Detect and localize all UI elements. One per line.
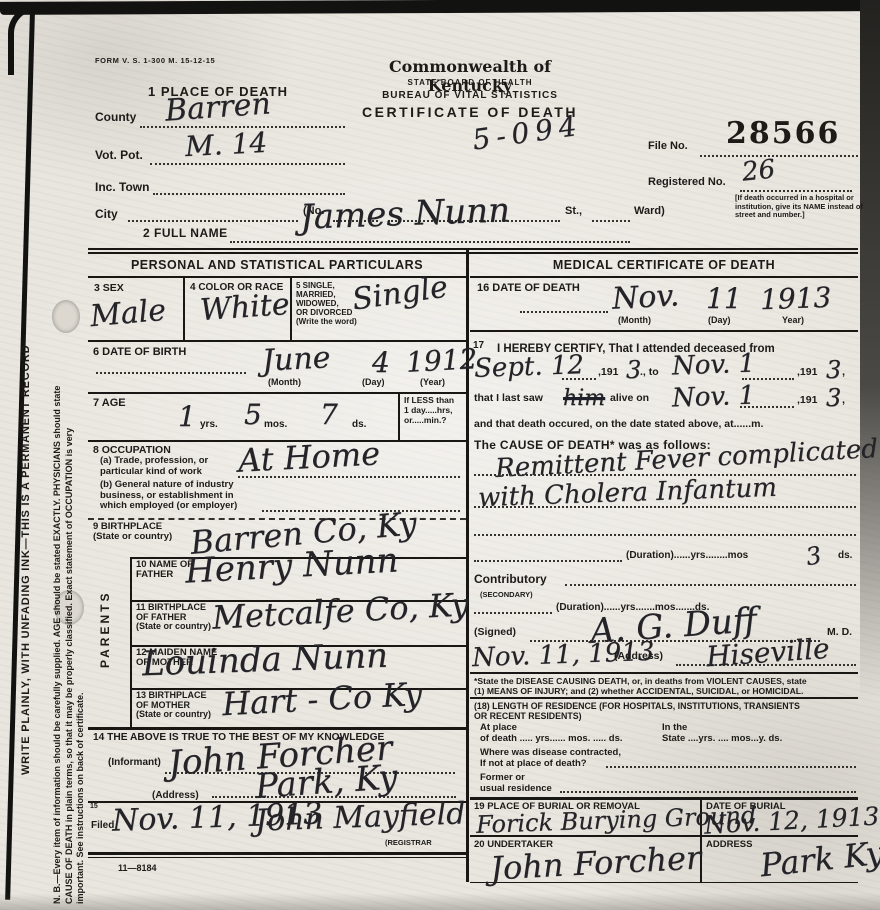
parents-bottom-rule <box>88 727 466 730</box>
margin-nb-line2: CAUSE OF DEATH in plain terms, so that i… <box>64 386 76 904</box>
at-place-label: At place <box>480 722 517 733</box>
dob-day-value: 4 <box>372 346 390 379</box>
registrar-signature: John Mayfield <box>254 796 465 838</box>
race-value: White <box>199 287 291 328</box>
age-days-unit: ds. <box>352 419 366 430</box>
file-no-label: File No. <box>648 140 688 152</box>
year-hw-3: 3 <box>826 384 841 412</box>
mother-birthplace-value: Hart - Co Ky <box>221 675 423 723</box>
parents-label: PARENTS <box>98 591 112 668</box>
race-marital-divider <box>290 277 292 340</box>
attended-leader-1 <box>562 378 596 380</box>
full-name-value: James Nunn <box>299 190 510 237</box>
state-board-subtitle: STATE BOARD OF HEALTH <box>358 78 582 87</box>
last-saw-pre: that I last saw <box>474 392 543 404</box>
print-code: 11—8184 <box>118 863 157 873</box>
full-name-label: 2 FULL NAME <box>143 226 228 240</box>
precinct-leader <box>150 163 345 165</box>
contributory-leader <box>565 584 856 586</box>
dod-month-value: Nov. <box>611 278 680 316</box>
file-no-leader <box>700 155 858 157</box>
comma-2: , <box>842 394 845 406</box>
attended-to-value: Nov. 1 <box>672 349 756 382</box>
registered-no-label: Registered No. <box>648 176 726 188</box>
city-st-label: St., <box>565 205 582 217</box>
in-the-label: In the <box>662 722 687 733</box>
precinct-label: Vot. Pot. <box>95 148 143 162</box>
year-hw-2: 3 <box>826 356 841 384</box>
county-value: Barren <box>164 86 272 128</box>
sex-value: Male <box>89 293 168 334</box>
former-leader <box>560 791 856 793</box>
signed-label: (Signed) <box>474 626 516 638</box>
dob-sub-year: (Year) <box>420 377 445 387</box>
birthplace-label: 9 BIRTHPLACE (State or country) <box>93 522 172 542</box>
contracted-line1: Where was disease contracted, <box>480 747 621 758</box>
occupation-a-value: At Home <box>237 434 381 479</box>
full-name-leader <box>230 241 630 243</box>
registrar-label: (REGISTRAR <box>385 838 432 847</box>
year-print-2: ,191 <box>797 366 817 378</box>
dob-year-value: 1912 <box>405 342 478 379</box>
dod-sub-month: (Month) <box>618 315 651 325</box>
age-subcell-divider <box>398 392 400 440</box>
filed-bottom-rule-1 <box>88 852 466 855</box>
dod-label: 16 DATE OF DEATH <box>477 282 580 294</box>
burial-top-rule <box>470 797 858 800</box>
dod-year-value: 1913 <box>759 281 831 316</box>
margin-note-nb: N. B.—Every item of information should b… <box>52 386 87 904</box>
sex-label: 3 SEX <box>94 282 124 294</box>
at-place-line: of death ..... yrs...... mos. ..... ds. <box>480 733 623 744</box>
year-print-1: ,191 <box>598 366 618 378</box>
duration-hw-value: 3 <box>804 541 824 571</box>
header-divider-1 <box>88 248 858 250</box>
scan-bottom-shadow <box>0 893 880 910</box>
md-label: M. D. <box>827 626 852 638</box>
hospital-note: [If death occurred in a hospital or inst… <box>735 194 863 220</box>
comma-1: , <box>842 366 845 378</box>
left-section-title: PERSONAL AND STATISTICAL PARTICULARS <box>88 258 466 272</box>
age-less-note: If LESS than 1 day.....hrs, or.....min.? <box>404 395 454 425</box>
dod-day-value: 11 <box>706 282 742 315</box>
to-label: ., to <box>640 366 659 378</box>
form-number: FORM V. S. 1-300 M. 15-12-15 <box>95 56 215 65</box>
last-saw-post: alive on <box>610 392 649 404</box>
footnote-line2: (1) MEANS OF INJURY; and (2) whether ACC… <box>474 686 803 696</box>
year-print-3: ,191 <box>797 394 817 406</box>
inc-town-leader <box>153 193 345 195</box>
attended-leader-2 <box>742 378 794 380</box>
occupation-b-label: (b) General nature of industry business,… <box>100 480 237 512</box>
margin-note-permanent-record: WRITE PLAINLY, WITH UNFADING INK—THIS IS… <box>20 345 32 775</box>
right-section-title: MEDICAL CERTIFICATE OF DEATH <box>470 258 858 272</box>
footnote-top-rule <box>470 672 858 674</box>
header-divider-2 <box>88 252 858 254</box>
file-no-value: 28566 <box>726 116 840 151</box>
filed-item-no: 15 <box>90 803 98 810</box>
age-label: 7 AGE <box>93 397 126 409</box>
informant-label: (Informant) <box>108 757 161 768</box>
precinct-value: M. 14 <box>184 126 268 163</box>
undertaker-address-value: Park Ky <box>758 834 880 885</box>
right-title-underline <box>470 276 858 278</box>
father-birthplace-label: 11 BIRTHPLACE OF FATHER (State or countr… <box>136 603 211 632</box>
city-ward-label: Ward) <box>634 205 665 217</box>
dod-sub-day: (Day) <box>708 315 731 325</box>
former-line2: usual residence <box>480 783 552 794</box>
age-years-unit: yrs. <box>200 419 218 430</box>
sex-race-divider <box>183 277 185 340</box>
duration2-pre-leader <box>474 612 552 614</box>
registered-no-leader <box>740 190 852 192</box>
margin-nb-line3: important. See instructions on back of c… <box>75 386 87 904</box>
filed-bottom-rule-2 <box>88 857 466 858</box>
cause-leader-2 <box>474 506 856 508</box>
city-leader-1 <box>128 220 298 222</box>
last-saw-date-value: Nov. 1 <box>672 381 756 414</box>
certify-item-no: 17 <box>473 340 484 351</box>
scan-right-edge <box>860 0 880 700</box>
dod-leader <box>520 311 608 313</box>
state-line: State ....yrs. .... mos...y. ds. <box>662 733 782 744</box>
city-label: City <box>95 207 118 221</box>
dob-month-value: June <box>261 340 331 379</box>
death-occurred-line: and that death occured, on the date stat… <box>474 418 763 430</box>
inc-town-label: Inc. Town <box>95 180 149 194</box>
footnote-line1: *State the DISEASE CAUSING DEATH, or, in… <box>474 676 807 686</box>
marital-label: 5 SINGLE, MARRIED, WIDOWED, OR DIVORCED … <box>296 281 357 326</box>
age-years-value: 1 <box>178 400 196 433</box>
registered-no-value: 26 <box>741 154 777 187</box>
last-saw-leader <box>740 406 794 408</box>
dob-sub-day: (Day) <box>362 377 385 387</box>
last-saw-struck-word: him <box>563 386 605 411</box>
city-leader-4 <box>592 220 630 222</box>
residence-heading: (18) LENGTH OF RESIDENCE (FOR HOSPITALS,… <box>474 701 800 721</box>
duration-leader <box>474 560 622 562</box>
dod-row-bottom <box>470 330 858 332</box>
undertaker-address-label: ADDRESS <box>706 839 752 850</box>
former-line1: Former or <box>480 772 525 783</box>
parents-vline <box>130 557 132 727</box>
occupation-a-label: (a) Trade, profession, or particular kin… <box>100 456 208 477</box>
age-months-value: 5 <box>244 398 262 431</box>
county-label: County <box>95 110 136 124</box>
margin-nb-line1: N. B.—Every item of information should b… <box>52 386 64 904</box>
secondary-label: (SECONDARY) <box>480 590 533 599</box>
contributory-label: Contributory <box>474 572 547 586</box>
father-birthplace-value: Metcalfe Co, Ky <box>211 585 469 636</box>
age-months-unit: mos. <box>264 419 287 430</box>
informant-address-label: (Address) <box>152 790 199 801</box>
duration-line: (Duration)......yrs........mos <box>626 550 748 561</box>
dob-leader <box>96 372 246 374</box>
dob-label: 6 DATE OF BIRTH <box>93 346 186 358</box>
bureau-subtitle: BUREAU OF VITAL STATISTICS <box>358 90 582 101</box>
cause-leader-3 <box>474 534 856 536</box>
signed-address-label: (Address) <box>614 650 663 662</box>
footnote-bottom-rule <box>470 697 858 699</box>
mother-name-value: Louinda Nunn <box>141 636 388 685</box>
dob-row-bottom <box>88 392 466 394</box>
death-certificate-scan: WRITE PLAINLY, WITH UNFADING INK—THIS IS… <box>0 0 880 910</box>
scan-corner-curve <box>8 5 58 75</box>
filed-label: Filed <box>91 820 114 831</box>
scan-top-edge <box>0 0 880 15</box>
hole-punch-top <box>52 300 80 333</box>
age-days-value: 7 <box>320 398 338 431</box>
year-hw-1: 3 <box>626 356 641 384</box>
sex-row-bottom <box>88 340 466 342</box>
contracted-leader <box>606 766 856 768</box>
mother-birthplace-label: 13 BIRTHPLACE OF MOTHER (State or countr… <box>136 691 211 720</box>
contracted-line2: If not at place of death? <box>480 758 587 769</box>
duration-ds-label: ds. <box>838 550 852 561</box>
dod-sub-year: Year) <box>782 315 804 325</box>
dob-sub-month: (Month) <box>268 377 301 387</box>
